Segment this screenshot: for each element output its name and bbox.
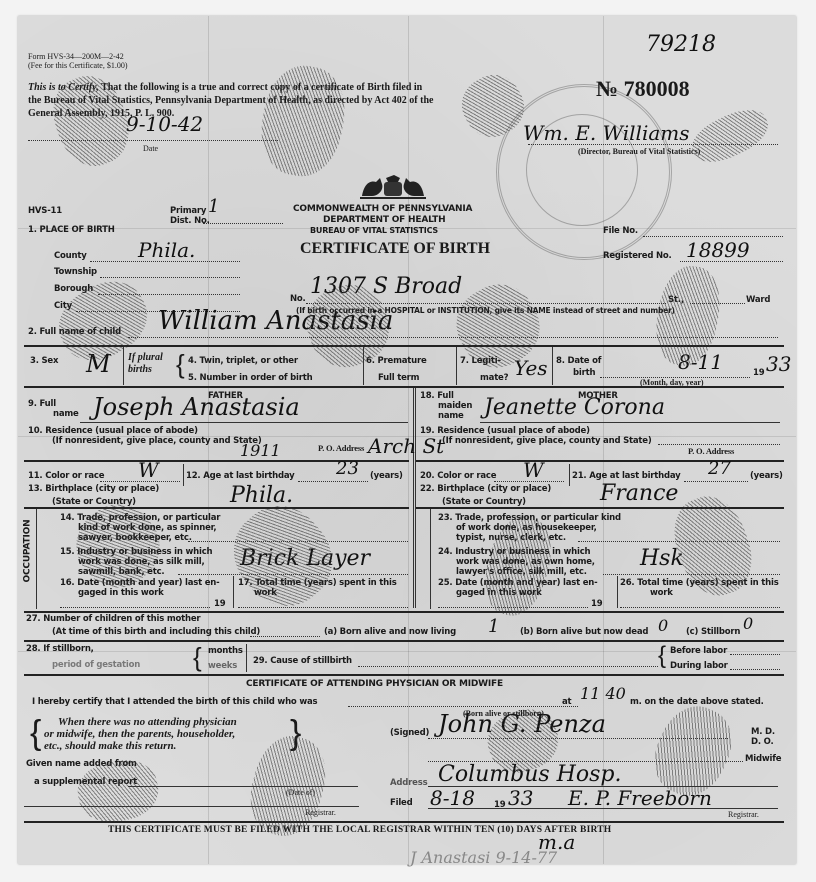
mother-years-label: (years) [750, 471, 783, 481]
mother-total-time-label-2: work [650, 588, 673, 598]
section-rule [24, 386, 784, 388]
mother-birthplace-value: France [600, 481, 678, 506]
months-label: months [208, 646, 243, 656]
certificate-number-value: 780008 [624, 76, 690, 101]
born-alive-living-value: 1 [488, 616, 499, 637]
father-years-label: (years) [370, 471, 403, 481]
ward-label: Ward [746, 295, 770, 305]
mother-date-last-year: 19 [591, 599, 602, 609]
father-color-value: W [138, 458, 159, 482]
sex-label: 3. Sex [30, 356, 58, 366]
brace: { [658, 642, 666, 670]
agency-commonwealth: COMMONWEALTH OF PENNSYLVANIA [293, 204, 472, 214]
county-line [90, 261, 240, 262]
father-birthplace-value: Phila. [230, 483, 293, 508]
dob-label: 8. Date of [556, 356, 601, 366]
divider [617, 576, 618, 608]
filed-date-value: 8-18 [430, 786, 475, 810]
children-count-note: (At time of this birth and including thi… [52, 627, 260, 637]
filed-label: Filed [390, 798, 412, 808]
at-label: at [562, 697, 571, 707]
section-rule [24, 640, 784, 642]
number-sign: № [596, 76, 618, 101]
certificate-number: № 780008 [596, 76, 690, 102]
father-po-label: P. O. Address [318, 443, 364, 453]
filed-line [428, 808, 778, 809]
township-label: Township [54, 267, 97, 277]
father-date-last-label-2: gaged in this work [78, 588, 164, 598]
stillborn-value: 0 [743, 614, 753, 633]
born-alive-dead-value: 0 [658, 616, 668, 635]
dob-year-prefix: 19 [753, 368, 764, 378]
plural-births-label: If plural births [128, 352, 178, 376]
line [80, 422, 408, 423]
brace: { [176, 350, 185, 378]
mother-total-time-line [620, 607, 780, 608]
birth-certificate-scan: Form HVS-34—200M—2-42 (Fee for this Cert… [18, 16, 796, 864]
divider [456, 347, 457, 385]
county-value: Phila. [138, 238, 195, 262]
form-code: HVS-11 [28, 206, 62, 216]
section-rule [24, 507, 409, 509]
father-name-value: Joseph Anastasia [93, 393, 300, 421]
mother-color-label: 20. Color or race [420, 471, 496, 481]
mother-name-value: Jeanette Corona [484, 395, 665, 420]
filing-notice: THIS CERTIFICATE MUST BE FILED WITH THE … [108, 825, 611, 835]
premature-label: 6. Premature [366, 356, 427, 366]
date-label: Date [143, 144, 158, 153]
mother-name-label-2: maiden [438, 401, 472, 411]
legitimate-label-2: mate? [480, 373, 508, 383]
cause-line [358, 666, 658, 667]
file-no-line [643, 236, 783, 237]
father-birthplace-label: 13. Birthplace (city or place) [28, 484, 159, 494]
mother-color-line [494, 481, 564, 482]
note-line-1: When there was no attending physician [58, 716, 237, 728]
divider [246, 644, 247, 672]
father-name-label-2: name [53, 409, 79, 419]
mother-residence-note: (If nonresident, give place, county and … [442, 436, 652, 446]
gestation-label: period of gestation [52, 660, 140, 670]
mother-age-line [684, 481, 748, 482]
street-no-label: No. [290, 294, 306, 304]
registered-no-label: Registered No. [603, 251, 672, 261]
redaction-scribble [685, 101, 774, 171]
during-labor-label: During labor [670, 661, 728, 671]
brace: { [193, 642, 202, 673]
father-residence-note: (If nonresident, give place, county and … [52, 436, 262, 446]
handwritten-number: 79218 [646, 32, 716, 57]
physician-certify-text: I hereby certify that I attended the bir… [32, 697, 317, 707]
issue-date-value: 9-10-42 [126, 112, 203, 136]
during-labor-line [730, 669, 780, 670]
place-of-birth-label: 1. PLACE OF BIRTH [28, 225, 115, 235]
redaction-scribble [254, 60, 352, 182]
before-labor-line [730, 654, 780, 655]
section-rule [24, 611, 784, 613]
father-residence-value: 1911 [240, 441, 281, 460]
brace: { [30, 713, 41, 753]
born-alive-living-label: (a) Born alive and now living [324, 627, 456, 637]
divider [36, 509, 37, 609]
father-name-label: 9. Full [28, 399, 56, 409]
note-line-2: or midwife, then the parents, householde… [44, 728, 235, 740]
mother-birthplace-label: 22. Birthplace (city or place) [420, 484, 551, 494]
father-total-time-line [238, 607, 408, 608]
primary-dist-line [203, 223, 283, 224]
line [480, 422, 780, 423]
primary-dist-value: 1 [208, 196, 219, 217]
stillborn-label: (c) Stillborn [686, 627, 740, 637]
born-status-line [348, 706, 578, 707]
registrar-label-2: Registrar. [728, 810, 759, 819]
father-residence-label: 10. Residence (usual place of abode) [28, 426, 198, 436]
do-label: D. O. [751, 737, 774, 747]
father-date-last-line [60, 607, 210, 608]
divider [183, 464, 184, 486]
physician-heading: CERTIFICATE OF ATTENDING PHYSICIAN OR MI… [246, 679, 503, 689]
mother-name-label-3: name [438, 411, 464, 421]
coat-of-arms-icon [358, 174, 428, 200]
mother-name-label: 18. Full [420, 391, 454, 401]
children-line [250, 636, 320, 637]
father-color-line [100, 481, 180, 482]
address-label: Address [390, 778, 427, 788]
divider [233, 576, 234, 608]
registered-no-value: 18899 [686, 238, 750, 262]
full-term-label: Full term [378, 373, 419, 383]
father-color-label: 11. Color or race [28, 471, 104, 481]
midwife-label: Midwife [745, 754, 781, 764]
born-alive-dead-label: (b) Born alive but now dead [520, 627, 648, 637]
certificate-title: CERTIFICATE OF BIRTH [300, 240, 490, 258]
mother-color-value: W [523, 458, 544, 482]
divider [123, 347, 124, 385]
mother-age-value: 27 [708, 458, 731, 479]
township-line [100, 277, 240, 278]
director-signature: Wm. E. Williams [523, 121, 690, 145]
director-label: (Director, Bureau of Vital Statistics) [578, 147, 700, 156]
weeks-label: weeks [208, 661, 237, 671]
divider [430, 509, 431, 609]
agency-bureau: BUREAU OF VITAL STATISTICS [310, 226, 438, 235]
certify-text-1: That the following is a true and correct… [101, 82, 422, 93]
note-line-3: etc., should make this return. [44, 740, 176, 752]
file-no-label: File No. [603, 226, 638, 236]
father-age-line [298, 481, 368, 482]
mother-age-label: 21. Age at last birthday [572, 471, 681, 481]
agency-department: DEPARTMENT OF HEALTH [323, 215, 445, 225]
divider [552, 347, 553, 385]
mother-residence-label: 19. Residence (usual place of abode) [420, 426, 590, 436]
father-po-value: Arch St [368, 434, 444, 458]
pencil-note: J Anastasi 9-14-77 [410, 848, 557, 867]
order-label: 5. Number in order of birth [188, 373, 312, 383]
father-age-value: 23 [336, 458, 359, 479]
dob-label-2: birth [573, 368, 595, 378]
father-date-last-year: 19 [214, 599, 225, 609]
twin-label: 4. Twin, triplet, or other [188, 356, 298, 366]
county-label: County [54, 251, 87, 261]
mother-birthplace-sub: (State or Country) [442, 497, 526, 507]
father-age-label: 12. Age at last birthday [186, 471, 295, 481]
divider [569, 464, 570, 486]
cause-stillbirth-label: 29. Cause of stillbirth [253, 656, 352, 666]
occupation-side-label: OCCUPATION [22, 520, 32, 583]
section-rule [24, 674, 784, 676]
filed-year-value: 33 [508, 786, 533, 810]
mother-residence-line [658, 444, 780, 445]
fee-note: (Fee for this Certificate, $1.00) [28, 61, 128, 70]
md-label: M. D. [751, 727, 775, 737]
parent-column-divider [413, 388, 416, 608]
before-labor-label: Before labor [670, 646, 727, 656]
stillborn-period-label: 28. If stillborn, [26, 644, 94, 654]
birth-time-value: 11 40 [580, 684, 626, 703]
mother-po-label: P. O. Address [688, 446, 734, 456]
children-count-label: 27. Number of children of this mother [26, 614, 200, 624]
section-rule [24, 821, 784, 823]
dob-year-value: 33 [766, 352, 791, 376]
registered-no-line [680, 261, 783, 262]
signed-label: (Signed) [390, 728, 429, 738]
